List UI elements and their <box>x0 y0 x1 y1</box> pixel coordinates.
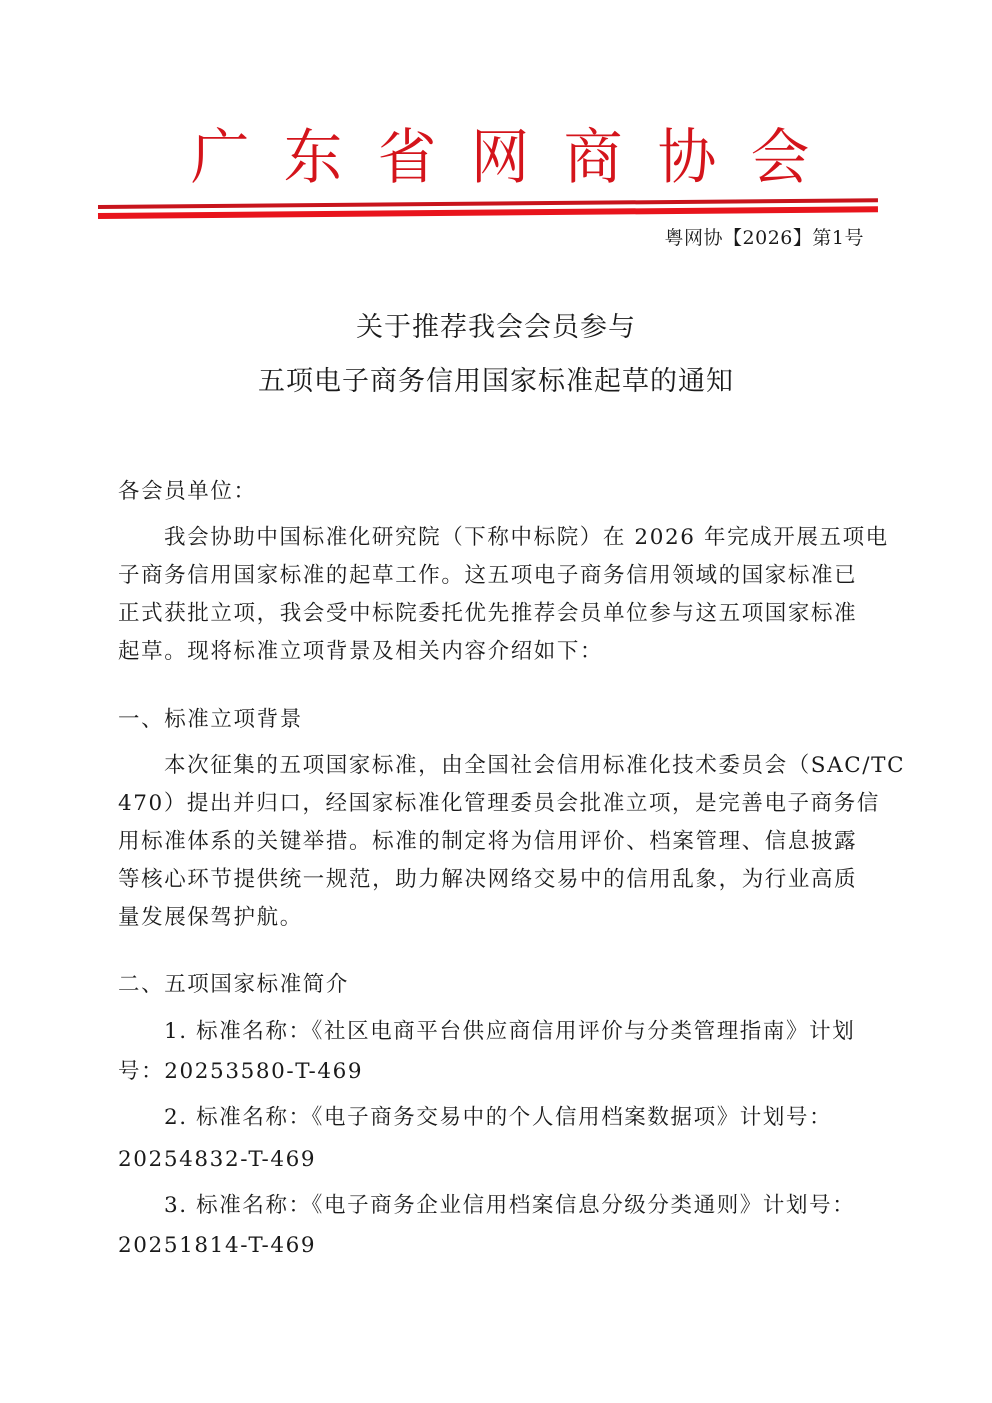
standard-item-3-title: 3. 标准名称：《电子商务企业信用档案信息分级分类通则》计划号： <box>164 1188 924 1224</box>
standard-item-2-title: 2. 标准名称：《电子商务交易中的个人信用档案数据项》计划号： <box>164 1100 924 1136</box>
intro-paragraph-line: 我会协助中国标准化研究院（下称中标院）在 2026 年完成开展五项电 <box>164 520 924 556</box>
letterhead-char: 网 <box>471 118 530 198</box>
section-1-paragraph-line: 本次征集的五项国家标准，由全国社会信用标准化技术委员会（SAC/TC <box>164 748 924 784</box>
letterhead-divider-thick <box>98 206 878 219</box>
section-1-paragraph-line: 470）提出并归口，经国家标准化管理委员会批准立项，是完善电子商务信 <box>118 786 878 822</box>
section-1-paragraph-line: 等核心环节提供统一规范，助力解决网络交易中的信用乱象，为行业高质 <box>118 862 878 898</box>
document-title-line-1: 关于推荐我会会员参与 <box>0 308 992 348</box>
letterhead-char: 会 <box>751 118 810 198</box>
document-number: 粤网协【2026】第1号 <box>665 224 864 252</box>
letterhead-char: 广 <box>191 118 250 198</box>
letterhead-char: 商 <box>564 118 623 198</box>
standard-item-1-plan-number: 号：20253580-T-469 <box>118 1054 878 1090</box>
intro-paragraph-line: 起草。现将标准立项背景及相关内容介绍如下： <box>118 634 878 670</box>
letterhead-char: 协 <box>657 118 716 198</box>
standard-item-2-plan-number: 20254832-T-469 <box>118 1142 878 1178</box>
section-2-heading: 二、五项国家标准简介 <box>118 967 878 1003</box>
section-1-heading: 一、标准立项背景 <box>118 702 878 738</box>
standard-item-1-title: 1. 标准名称：《社区电商平台供应商信用评价与分类管理指南》计划 <box>164 1014 924 1050</box>
intro-paragraph-line: 正式获批立项，我会受中标院委托优先推荐会员单位参与这五项国家标准 <box>118 596 878 632</box>
section-1-paragraph-line: 用标准体系的关键举措。标准的制定将为信用评价、档案管理、信息披露 <box>118 824 878 860</box>
intro-paragraph-line: 子商务信用国家标准的起草工作。这五项电子商务信用领域的国家标准已 <box>118 558 878 594</box>
letterhead-char: 省 <box>377 118 436 198</box>
letterhead-char: 东 <box>284 118 343 198</box>
salutation: 各会员单位： <box>118 474 878 510</box>
letterhead-organization-name: 广 东 省 网 商 协 会 <box>190 118 810 198</box>
document-page: 广 东 省 网 商 协 会 粤网协【2026】第1号 关于推荐我会会员参与 五项… <box>0 0 992 1403</box>
standard-item-3-plan-number: 20251814-T-469 <box>118 1228 878 1264</box>
document-title-line-2: 五项电子商务信用国家标准起草的通知 <box>0 362 992 402</box>
section-1-paragraph-line: 量发展保驾护航。 <box>118 900 878 936</box>
